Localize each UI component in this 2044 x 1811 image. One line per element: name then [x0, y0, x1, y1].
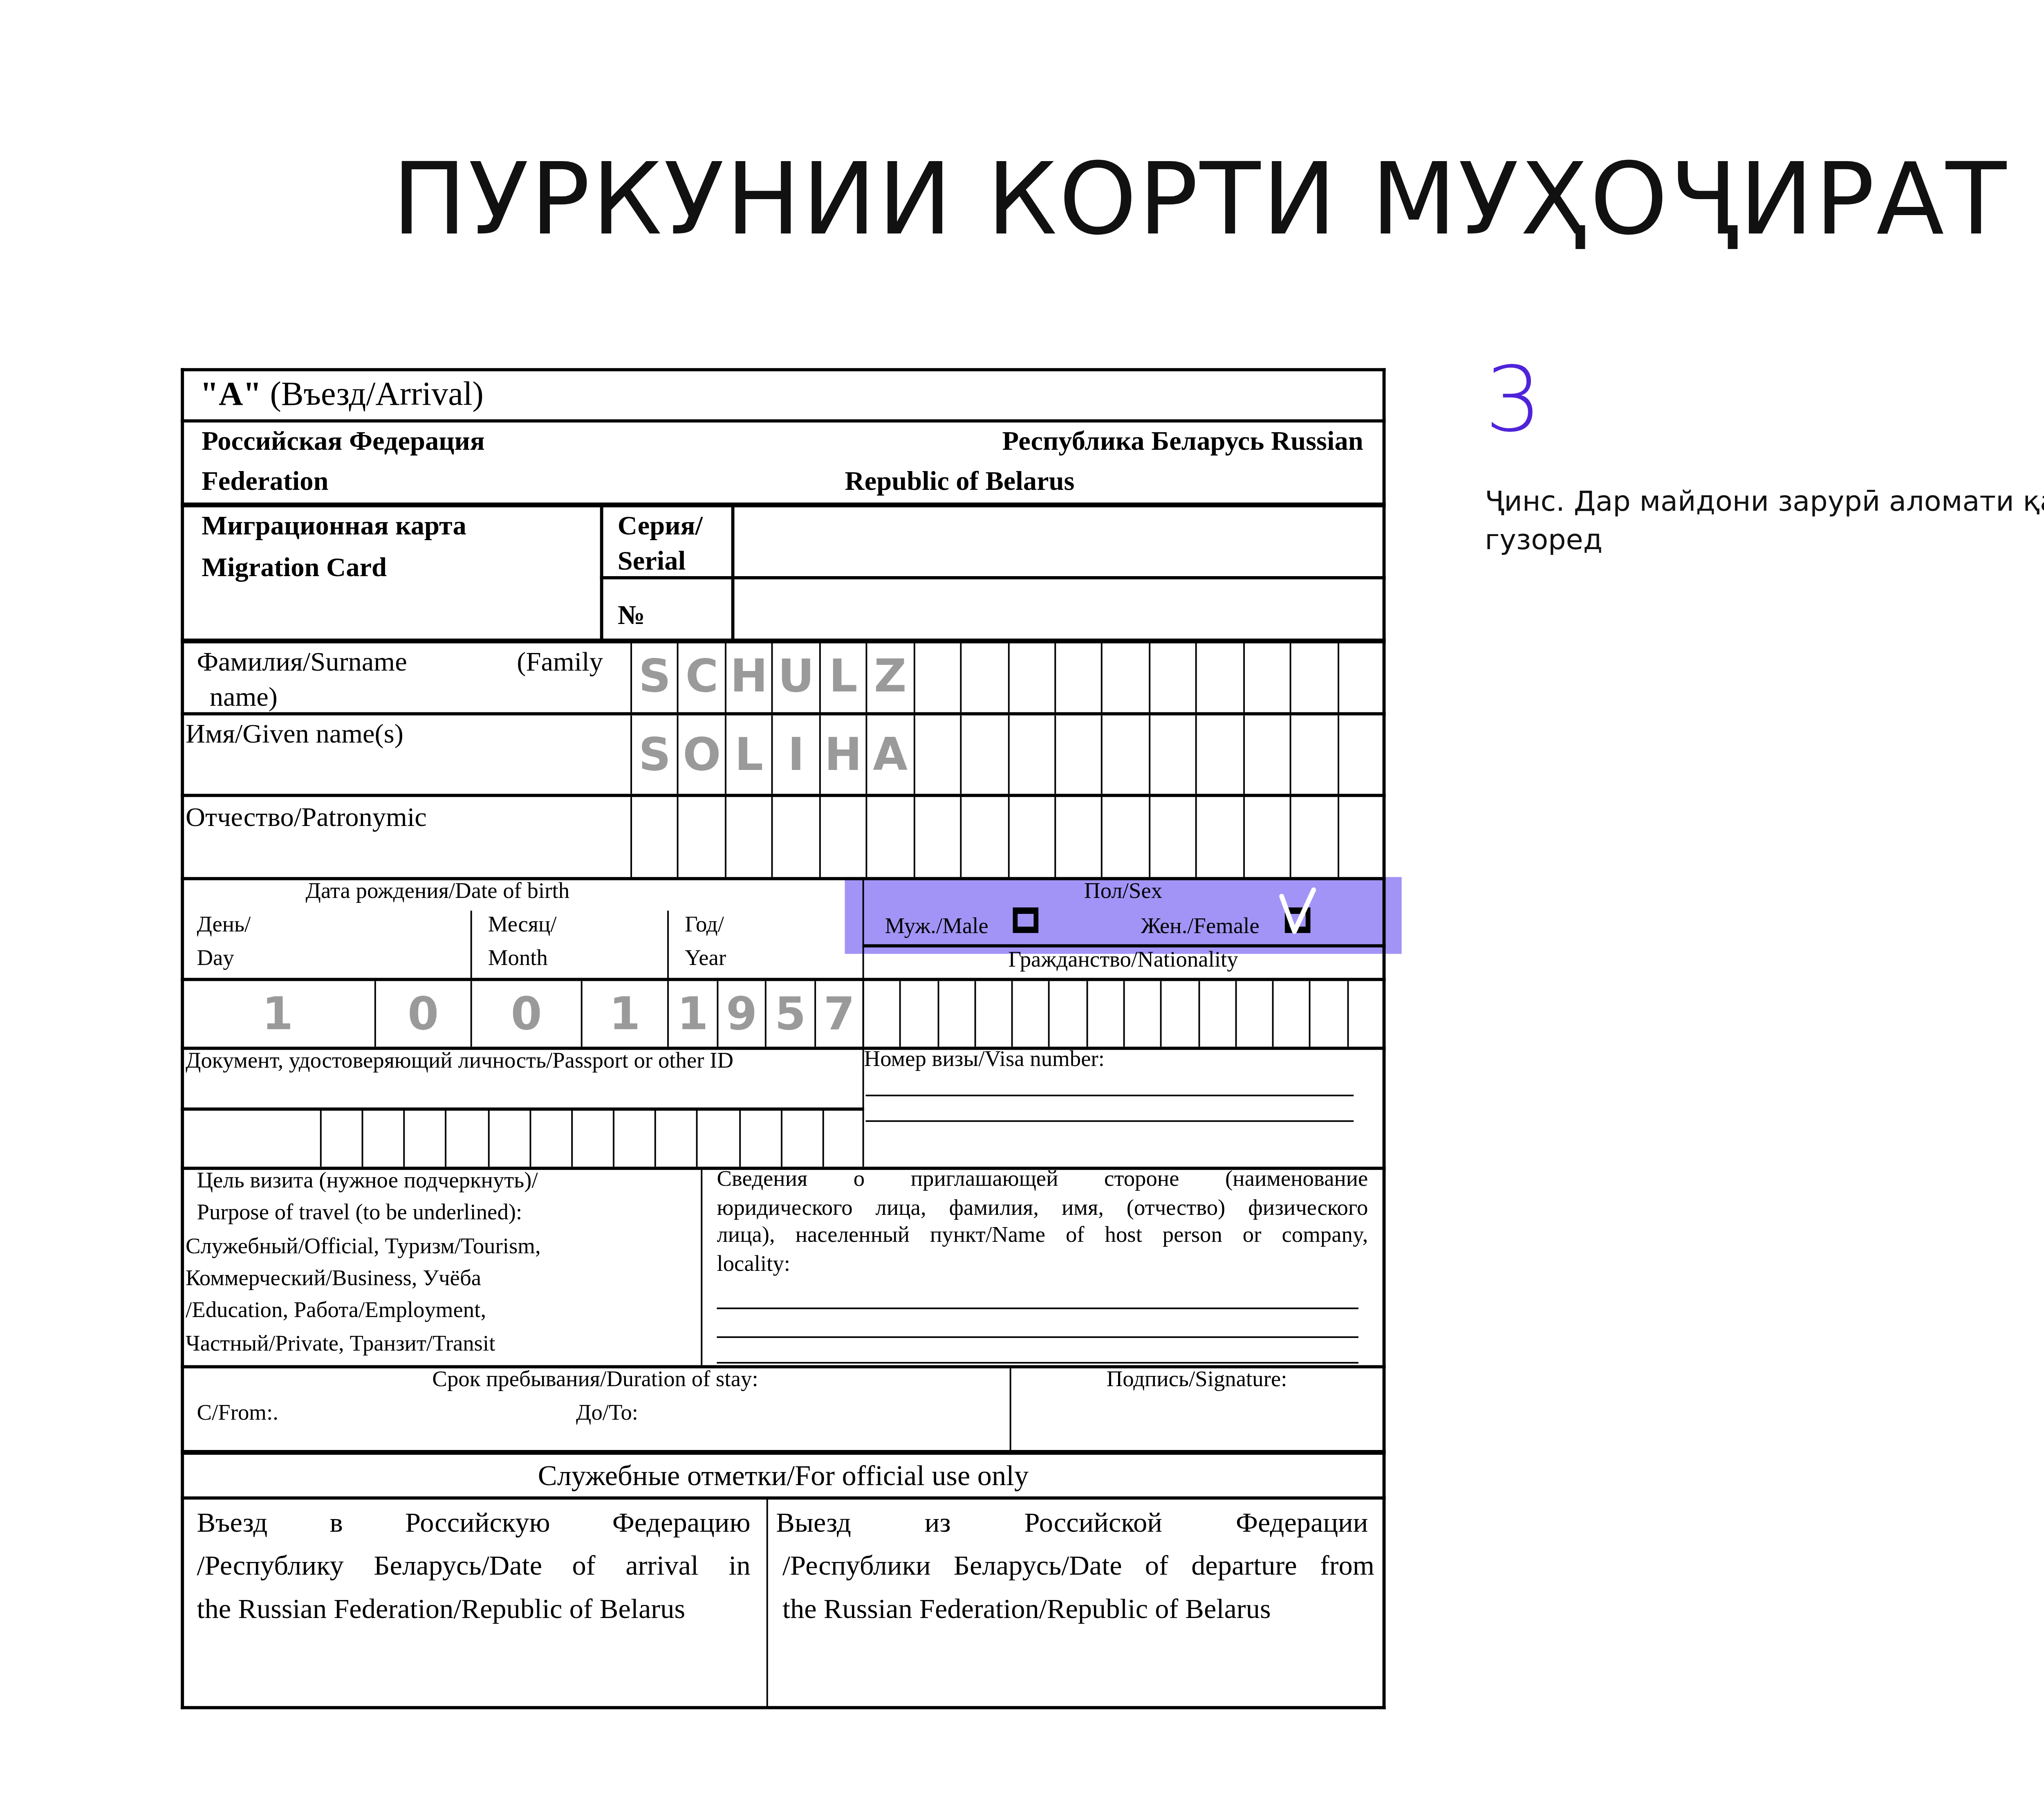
document-label: Документ, удостоверяющий личность/Passpo… [186, 1047, 733, 1079]
given-name-cell[interactable]: S [630, 716, 677, 794]
surname-cell[interactable] [913, 642, 960, 712]
signature-field[interactable] [1016, 1402, 1378, 1450]
nationality-cell[interactable] [1123, 981, 1161, 1046]
dob-char: 5 [766, 987, 814, 1041]
surname-label-name: name) [210, 677, 278, 717]
patronymic-cell[interactable] [1007, 797, 1054, 877]
given-name-cell[interactable] [1290, 716, 1337, 794]
host-line: Сведения о приглашающей стороне (наимено… [717, 1167, 1368, 1194]
document-cell[interactable] [320, 1109, 362, 1167]
nationality-cell[interactable] [1011, 981, 1049, 1046]
purpose-line: Служебный/Official, Туризм/Tourism, [186, 1232, 541, 1264]
nationality-cell[interactable] [1161, 981, 1198, 1046]
purpose-line: /Education, Работа/Employment, [186, 1297, 486, 1329]
document-cell[interactable] [529, 1109, 571, 1167]
document-cell[interactable] [362, 1109, 403, 1167]
dob-cell[interactable]: 1 [667, 981, 717, 1046]
given-name-cell[interactable] [1149, 716, 1196, 794]
stay-to-label: До/То: [576, 1399, 638, 1431]
nationality-cell[interactable] [863, 981, 900, 1046]
surname-cell[interactable] [1337, 642, 1384, 712]
patronymic-cell[interactable] [1337, 797, 1384, 877]
patronymic-label: Отчество/Patronymic [186, 797, 427, 837]
dob-char: 1 [181, 987, 374, 1041]
nationality-cell[interactable] [937, 981, 974, 1046]
surname-char: C [679, 650, 724, 704]
surname-char: S [632, 650, 677, 704]
dob-cell[interactable]: 7 [814, 981, 862, 1046]
dob-char: 1 [583, 987, 667, 1041]
given-name-cell[interactable] [1243, 716, 1290, 794]
surname-cell[interactable] [1290, 642, 1337, 712]
dob-char: 9 [718, 987, 765, 1041]
given-name-cell[interactable]: H [819, 716, 866, 794]
given-name-cell[interactable] [960, 716, 1007, 794]
migration-card-form: "A" (Въезд/Arrival) Российская Федерация… [181, 368, 1385, 1709]
country-right-en: Republic of Belarus [845, 461, 1075, 501]
surname-cell[interactable]: U [772, 642, 819, 712]
document-cell[interactable] [571, 1109, 613, 1167]
document-cell[interactable] [780, 1109, 822, 1167]
serial-label-en: Serial [618, 541, 686, 581]
given-name-cell[interactable] [1196, 716, 1243, 794]
document-cell[interactable] [487, 1109, 529, 1167]
given-name-label: Имя/Given name(s) [186, 714, 403, 754]
host-line: locality: [717, 1251, 1368, 1279]
dob-month-label-en: Month [488, 943, 548, 976]
patronymic-cell[interactable] [1054, 797, 1101, 877]
stay-from-label: С/From:. [197, 1399, 278, 1431]
country-right-ru: Республика Беларусь Russian [1002, 421, 1363, 461]
stay-to-input[interactable] [661, 1399, 997, 1444]
departure-line: Выезд из Российской Федерации [776, 1501, 1368, 1544]
purpose-line: Частный/Private, Транзит/Transit [186, 1329, 495, 1362]
document-cell[interactable] [738, 1109, 780, 1167]
document-cell[interactable] [655, 1109, 697, 1167]
surname-cell[interactable] [1149, 642, 1196, 712]
given-name-cell[interactable]: I [772, 716, 819, 794]
surname-char: U [773, 650, 819, 704]
dob-day-label: День/ [197, 909, 251, 943]
dob-char: 1 [669, 987, 717, 1041]
serial-input[interactable] [737, 509, 1381, 576]
arrival-line: /Республику Беларусь/Date of arrival in [197, 1544, 750, 1588]
sex-female-label: Жен./Female [1141, 911, 1260, 944]
given-name-cell[interactable] [913, 716, 960, 794]
given-name-char: H [820, 727, 866, 782]
nationality-cell[interactable] [1086, 981, 1123, 1046]
patronymic-cell[interactable] [1290, 797, 1337, 877]
nationality-cell[interactable] [1309, 981, 1347, 1046]
checkmark-icon [1275, 886, 1323, 938]
dob-char: 7 [816, 987, 863, 1041]
stay-title: Срок пребывания/Duration of stay: [181, 1365, 1009, 1397]
host-line: лица), населенный пункт/Name of host per… [717, 1223, 1368, 1250]
dob-char: 0 [472, 987, 581, 1041]
surname-cell[interactable]: L [819, 642, 866, 712]
card-title-en: Migration Card [202, 548, 387, 588]
surname-cell[interactable] [1054, 642, 1101, 712]
nationality-cell[interactable] [1347, 981, 1384, 1046]
nationality-cell[interactable] [900, 981, 937, 1046]
surname-cell[interactable] [1007, 642, 1054, 712]
patronymic-cell[interactable] [819, 797, 866, 877]
surname-char: H [726, 650, 771, 704]
arrival-label: (Въезд/Arrival) [270, 375, 484, 413]
patronymic-cell[interactable] [1101, 797, 1148, 877]
surname-label-family: (Family [517, 642, 603, 682]
given-name-cell[interactable] [1007, 716, 1054, 794]
surname-cell[interactable]: C [677, 642, 724, 712]
patronymic-cell[interactable] [772, 797, 819, 877]
arrival-line: the Russian Federation/Republic of Belar… [197, 1588, 750, 1631]
visa-number-input[interactable] [865, 1072, 1354, 1152]
dob-cell[interactable]: 5 [765, 981, 814, 1046]
official-title: Служебные отметки/For official use only [181, 1455, 1385, 1497]
patronymic-cell[interactable] [866, 797, 913, 877]
country-left-ru: Российская Федерация [202, 421, 485, 461]
number-label: № [618, 595, 645, 635]
slide: ПУРКУНИИ КОРТИ МУҲОҶИРАТ 3 Ҷинс. Дар май… [0, 0, 2044, 1811]
purpose-line: Цель визита (нужное подчеркнуть)/ [197, 1167, 538, 1199]
document-cell[interactable] [822, 1109, 864, 1167]
document-cell[interactable] [697, 1109, 738, 1167]
purpose-line: Коммерческий/Business, Учёба [186, 1264, 481, 1297]
patronymic-cell[interactable] [1243, 797, 1290, 877]
surname-cell[interactable]: S [630, 642, 677, 712]
surname-label: Фамилия/Surname [197, 642, 407, 682]
surname-cell[interactable] [1243, 642, 1290, 712]
departure-line: /Республики Беларусь/Date of departure f… [782, 1544, 1374, 1588]
arrival-heading: "A" (Въезд/Arrival) [200, 371, 484, 416]
given-name-cell[interactable]: A [866, 716, 913, 794]
surname-cell[interactable] [1101, 642, 1148, 712]
dob-title: Дата рождения/Date of birth [306, 877, 570, 909]
surname-cell[interactable] [960, 642, 1007, 712]
arrival-line: Въезд в Российскую Федерацию [197, 1501, 750, 1544]
nationality-cell[interactable] [1198, 981, 1235, 1046]
dob-cell[interactable]: 0 [374, 981, 471, 1046]
given-name-char: S [632, 727, 677, 782]
dob-cell[interactable]: 0 [471, 981, 581, 1046]
step-description: Ҷинс. Дар майдони зарурӣ аломати қайд гу… [1485, 483, 2044, 560]
surname-cell[interactable] [1196, 642, 1243, 712]
signature-label: Подпись/Signature: [1010, 1365, 1384, 1397]
host-line: юридического лица, фамилия, имя, (отчест… [717, 1195, 1368, 1223]
given-name-char: O [679, 727, 724, 782]
surname-char: Z [867, 650, 913, 704]
patronymic-cell[interactable] [960, 797, 1007, 877]
patronymic-cell[interactable] [725, 797, 772, 877]
given-name-cell[interactable] [1337, 716, 1384, 794]
dob-cell[interactable]: 1 [581, 981, 667, 1046]
dob-year-label: Год/ [685, 909, 724, 943]
departure-line: the Russian Federation/Republic of Belar… [782, 1588, 1374, 1631]
surname-cell[interactable]: Z [866, 642, 913, 712]
given-name-char: L [726, 727, 771, 782]
patronymic-cell[interactable] [630, 797, 677, 877]
serial-label: Серия/ [618, 506, 703, 546]
given-name-char: A [867, 727, 913, 782]
patronymic-cell[interactable] [913, 797, 960, 877]
given-name-cell[interactable]: L [725, 716, 772, 794]
sex-male-label: Муж./Male [885, 911, 988, 944]
given-name-cell[interactable]: O [677, 716, 724, 794]
stay-from-input[interactable] [293, 1399, 565, 1444]
dob-month-label: Месяц/ [488, 909, 557, 943]
patronymic-cell[interactable] [1196, 797, 1243, 877]
dob-cell[interactable]: 9 [717, 981, 764, 1046]
patronymic-cell[interactable] [677, 797, 724, 877]
arrival-mark: "A" [200, 375, 262, 413]
host-input[interactable] [717, 1288, 1358, 1365]
document-cell[interactable] [403, 1109, 445, 1167]
nationality-cell[interactable] [974, 981, 1011, 1046]
surname-char: L [820, 650, 866, 704]
given-name-cell[interactable] [1054, 716, 1101, 794]
card-title-ru: Миграционная карта [202, 506, 466, 546]
nationality-cell[interactable] [1235, 981, 1272, 1046]
nationality-cell[interactable] [1049, 981, 1086, 1046]
given-name-cell[interactable] [1101, 716, 1148, 794]
sex-male-checkbox[interactable] [1013, 907, 1039, 933]
patronymic-cell[interactable] [1149, 797, 1196, 877]
document-cell[interactable] [446, 1109, 487, 1167]
dob-cell[interactable]: 1 [181, 981, 374, 1046]
nationality-cell[interactable] [1272, 981, 1309, 1046]
given-name-char: I [773, 727, 819, 782]
dob-day-label-en: Day [197, 943, 234, 976]
nationality-label: Гражданство/Nationality [863, 946, 1384, 978]
dob-char: 0 [376, 987, 471, 1041]
dob-year-label-en: Year [685, 943, 726, 976]
step-number: 3 [1485, 349, 1542, 453]
number-input[interactable] [737, 581, 1381, 639]
page-title: ПУРКУНИИ КОРТИ МУҲОҶИРАТ [0, 141, 2044, 258]
document-cell[interactable] [613, 1109, 654, 1167]
country-left-en: Federation [202, 461, 328, 501]
purpose-line: Purpose of travel (to be underlined): [197, 1199, 522, 1232]
surname-cell[interactable]: H [725, 642, 772, 712]
